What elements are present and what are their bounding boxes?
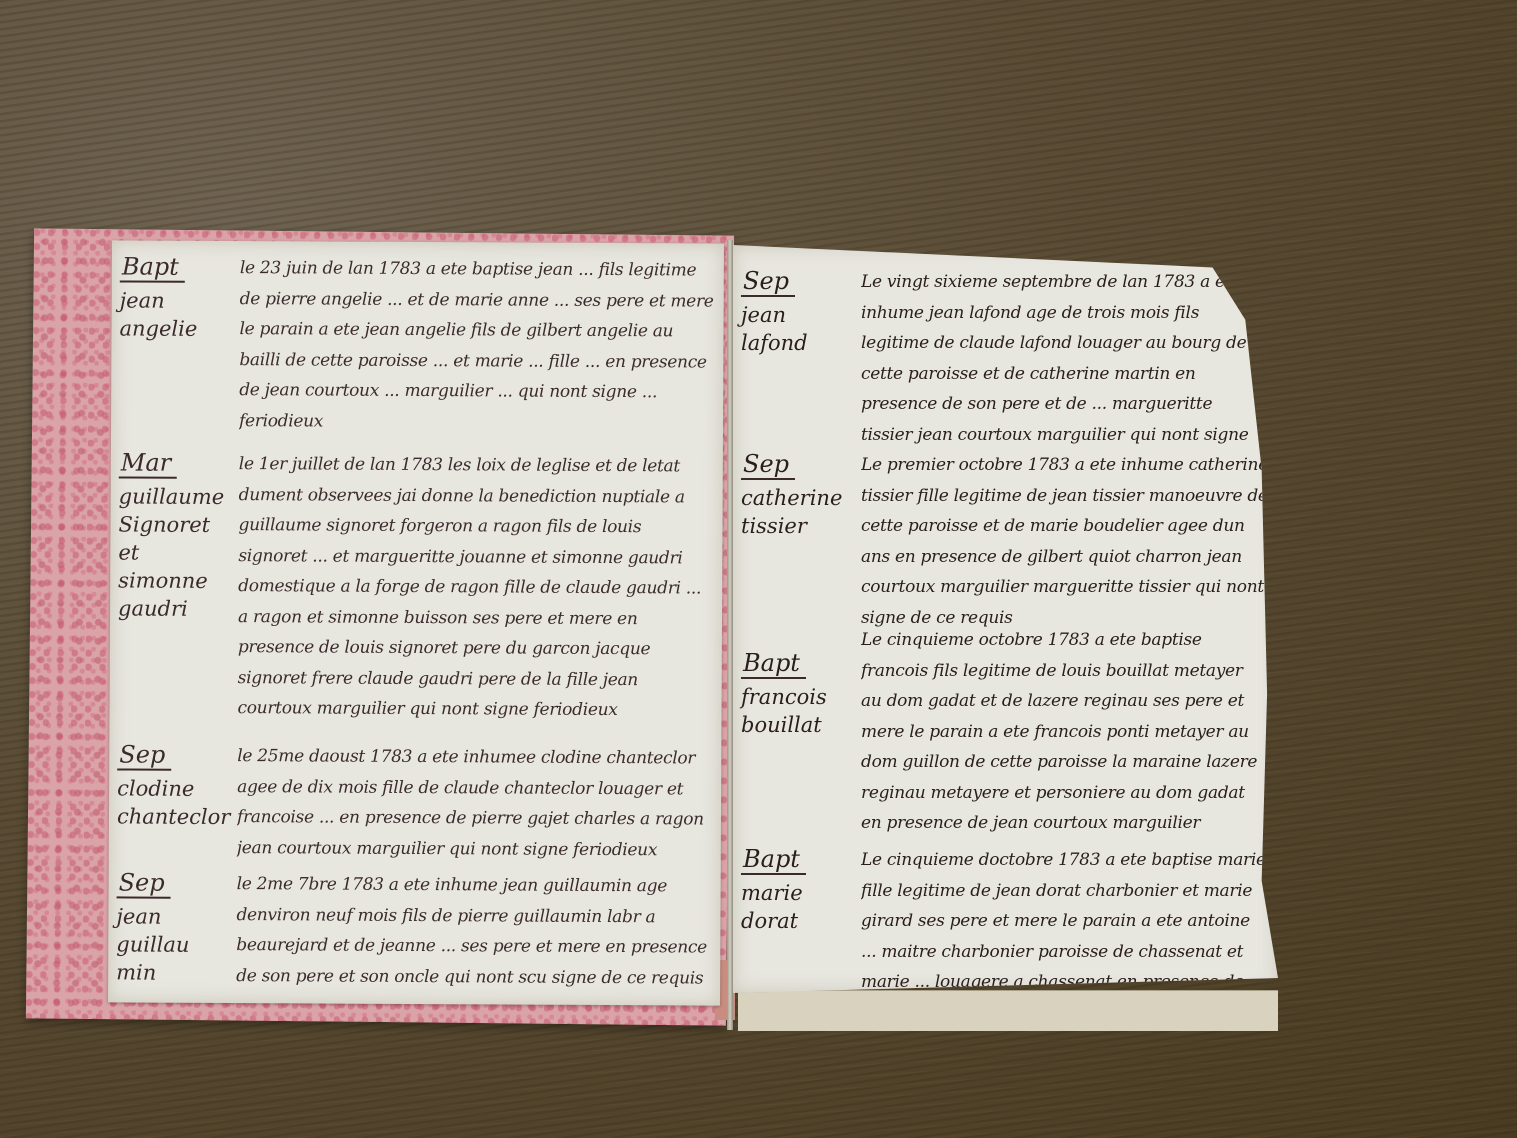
entry-name: catherine — [741, 486, 842, 510]
entry-text: Le cinquieme doctobre 1783 a ete baptise… — [861, 845, 1268, 995]
entry-name: clodine — [117, 776, 194, 800]
left-page: Bapt jean angelie le 23 juin de lan 1783… — [108, 240, 724, 1005]
entry-margin: Bapt jean angelie — [119, 252, 229, 343]
entry-kind: Bapt — [741, 845, 806, 875]
entry-margin: Mar guillaume Signoret et simonne gaudri — [118, 448, 229, 623]
entry-text: Le vingt sixieme septembre de lan 1783 a… — [861, 267, 1268, 449]
entry-name: marie — [741, 881, 803, 905]
entry-kind: Sep — [741, 267, 795, 297]
entry-kind: Sep — [117, 740, 171, 770]
entry-name: lafond — [741, 331, 808, 355]
entry-kind: Sep — [117, 868, 171, 898]
entry-margin: Sep jean guillau min — [116, 868, 227, 987]
underlying-leaves — [738, 990, 1278, 1031]
entry-name: min — [116, 960, 156, 984]
entry-margin: Bapt francois bouillat — [741, 649, 851, 739]
entry-margin: Sep clodine chanteclor — [117, 740, 227, 831]
register-entry: Sep clodine chanteclor le 25me daoust 17… — [109, 740, 721, 743]
entry-name: angelie — [119, 316, 197, 340]
entry-name: Signoret — [118, 512, 210, 536]
entry-text: Le premier octobre 1783 a ete inhume cat… — [861, 450, 1268, 632]
register-entry: Sep jean guillau min le 2me 7bre 1783 a … — [109, 868, 721, 871]
entry-name: guillaume — [119, 484, 225, 509]
entry-name: francois — [741, 685, 827, 709]
entry-text: le 23 juin de lan 1783 a ete baptise jea… — [239, 253, 714, 445]
entry-kind: Sep — [741, 450, 795, 480]
entry-name: bouillat — [741, 713, 822, 737]
register-entry: Bapt jean angelie le 23 juin de lan 1783… — [112, 252, 724, 255]
entry-text: le 2me 7bre 1783 a ete inhume jean guill… — [236, 869, 711, 995]
entry-name: jean — [116, 904, 161, 928]
entry-text: le 25me daoust 1783 a ete inhumee clodin… — [237, 741, 712, 865]
entry-text: Le cinquieme octobre 1783 a ete baptise … — [861, 625, 1268, 840]
right-page: Sep jean lafond Le vingt sixieme septemb… — [733, 245, 1278, 993]
entry-kind: Bapt — [120, 252, 185, 282]
entry-name: jean — [741, 303, 786, 327]
entry-name: guillau — [116, 932, 189, 956]
entry-margin: Sep catherine tissier — [741, 450, 851, 540]
entry-kind: Bapt — [741, 649, 806, 679]
entry-kind: Mar — [119, 448, 178, 478]
entry-name: tissier — [741, 514, 807, 538]
book-gutter — [727, 240, 733, 1030]
entry-text: le 1er juillet de lan 1783 les loix de l… — [237, 449, 712, 731]
entry-margin: Bapt marie dorat — [741, 845, 851, 935]
entry-name: gaudri — [118, 596, 188, 620]
entry-name: et — [118, 540, 139, 564]
entry-name: simonne — [118, 568, 208, 592]
entry-margin: Sep jean lafond — [741, 267, 851, 357]
entry-name: chanteclor — [117, 804, 230, 829]
entry-name: dorat — [741, 909, 798, 933]
entry-name: jean — [120, 288, 165, 312]
register-entry: Mar guillaume Signoret et simonne gaudri… — [111, 448, 723, 451]
